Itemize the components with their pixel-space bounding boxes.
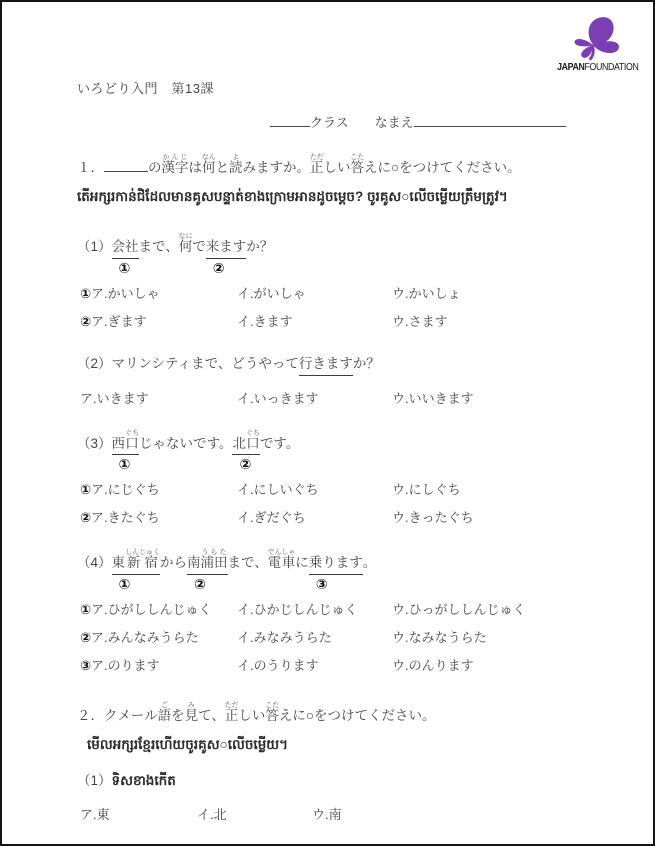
text-segment: ទិសខាងកើត bbox=[112, 773, 176, 788]
text-segment: （4） bbox=[77, 555, 112, 570]
option-number: ② bbox=[80, 510, 91, 526]
ruby-text: 口ぐち bbox=[125, 436, 139, 451]
option-row: ①ア.かいしゃイ.がいしゃウ.かいしょ bbox=[77, 283, 638, 300]
choice-option: イ.ぎだぐち bbox=[237, 507, 306, 526]
choice-option: イ.のうります bbox=[237, 655, 319, 674]
item-sentence: （2）マリンシティまで、どうやって行きますか？ bbox=[77, 353, 638, 376]
item-marker: ① bbox=[119, 457, 131, 471]
text-segment: みますか。 bbox=[243, 160, 311, 175]
text-segment: えに○をつけてください。 bbox=[364, 160, 521, 175]
choice-option: ア.きたぐち bbox=[91, 510, 160, 525]
item-marker: ① bbox=[119, 577, 131, 591]
text-segment: 。 bbox=[363, 555, 377, 570]
wordmark-foundation: FOUNDATION bbox=[585, 62, 639, 73]
item-options: ①ア.かいしゃイ.がいしゃウ.かいしょ②ア.ぎますイ.きますウ.さます bbox=[77, 283, 638, 328]
question1-item-4: （4）東①新宿しんじゅくから南②浦田うらたまで、電車でんしゃに乗ります③。 ①ア… bbox=[77, 549, 638, 672]
text-segment: を bbox=[171, 708, 185, 723]
text-segment: か？ bbox=[246, 239, 273, 254]
worksheet-page: JAPANFOUNDATION いろどり入門 第13課 クラス なまえ １．の漢… bbox=[0, 0, 655, 846]
ruby-text: 見み bbox=[185, 708, 199, 723]
japan-foundation-butterfly-icon bbox=[571, 14, 627, 62]
item-sentence: （1）会社①まで、何なにで来ます②か？ bbox=[77, 233, 638, 259]
underlined-term: 西① bbox=[112, 433, 126, 456]
ruby-text: 電車でんしゃ bbox=[268, 555, 296, 570]
text-segment: の bbox=[148, 160, 162, 175]
text-segment: しい bbox=[324, 160, 351, 175]
choice-option: イ.ひかじしんじゅく bbox=[237, 599, 358, 618]
option-number: ① bbox=[80, 482, 91, 498]
choice-option: ウ.かいしょ bbox=[392, 283, 461, 302]
ruby-text: 正ただ bbox=[225, 708, 239, 723]
text-segment: （1） bbox=[77, 239, 112, 254]
ruby-text: 口ぐち bbox=[246, 436, 260, 451]
choice-option: イ.にしいぐち bbox=[237, 479, 319, 498]
text-segment: か？ bbox=[353, 356, 380, 371]
option-number: ① bbox=[80, 286, 91, 302]
choice-option: ウ.南 bbox=[312, 804, 342, 823]
choice-option: ア.ぎます bbox=[91, 314, 147, 329]
text-segment: ２．クメール bbox=[77, 708, 158, 723]
underlined-term: 新宿しんじゅく bbox=[125, 549, 160, 575]
choice-option: ウ.のんります bbox=[392, 655, 474, 674]
choice-option: イ.いっきます bbox=[237, 388, 319, 407]
section-question1: １．の漢字かんじは何なんと読よみますか。正ただしい答こたえに○をつけてください。… bbox=[77, 154, 638, 672]
question2-item-1: （1）ទិសខាងកើត ア.東イ.北ウ.南 bbox=[77, 770, 638, 821]
choice-option: ア.いきます bbox=[80, 391, 149, 406]
question2-khmer-instruction: មើលអក្សរខ្មែរហើយចូរគូស○លើចម្លើយ។ bbox=[87, 736, 638, 756]
text-segment: １． bbox=[77, 160, 104, 175]
blank-field bbox=[414, 113, 566, 127]
item-marker: ② bbox=[213, 261, 225, 275]
item-options: ア.いきますイ.いっきますウ.いいきます bbox=[77, 388, 638, 405]
question1-heading: １．の漢字かんじは何なんと読よみますか。正ただしい答こたえに○をつけてください。 bbox=[77, 154, 638, 179]
text-segment: です。 bbox=[260, 436, 299, 451]
ruby-text: 答こた bbox=[351, 160, 365, 175]
item-options: ①ア.ひがししんじゅくイ.ひかじしんじゅくウ.ひっがししんじゅく②ア.みんなみう… bbox=[77, 599, 638, 672]
text-segment: まで、 bbox=[139, 239, 179, 254]
question1-item-1: （1）会社①まで、何なにで来ます②か？ ①ア.かいしゃイ.がいしゃウ.かいしょ②… bbox=[77, 233, 638, 328]
underlined-term: 会社① bbox=[112, 236, 139, 259]
choice-option: ウ.なみなうらた bbox=[392, 627, 487, 646]
option-row: ①ア.にじぐちイ.にしいぐちウ.にしぐち bbox=[77, 479, 638, 496]
option-row: ②ア.みんなみうらたイ.みなみうらたウ.なみなうらた bbox=[77, 627, 638, 644]
choice-option: イ.きます bbox=[237, 311, 293, 330]
text-segment: クラス なまえ bbox=[310, 115, 414, 130]
ruby-text: 正ただ bbox=[310, 160, 324, 175]
item-marker: ② bbox=[239, 457, 251, 471]
item-options: ア.東イ.北ウ.南 bbox=[77, 804, 638, 821]
question1-item-3: （3）西①口ぐちじゃないです。北②口ぐちです。 ①ア.にじぐちイ.にしいぐちウ.… bbox=[77, 430, 638, 525]
option-number: ③ bbox=[80, 658, 91, 674]
choice-option: ア.ひがししんじゅく bbox=[91, 602, 212, 617]
underlined-term: 口ぐち bbox=[125, 430, 139, 456]
choice-option: ウ.にしぐち bbox=[392, 479, 461, 498]
underlined-term: 東① bbox=[112, 552, 126, 575]
japan-foundation-wordmark: JAPANFOUNDATION bbox=[558, 62, 639, 73]
text-segment: て、 bbox=[198, 708, 225, 723]
underlined-term: 北② bbox=[232, 433, 246, 456]
underlined-term: 浦田うらた bbox=[201, 549, 228, 575]
class-name-fields: クラス なまえ bbox=[270, 113, 638, 134]
ruby-text: 何なん bbox=[202, 160, 216, 175]
text-segment: （2）マリンシティまで、どうやって bbox=[77, 356, 299, 371]
item-marker: ① bbox=[119, 261, 131, 275]
ruby-text: 答こた bbox=[265, 708, 279, 723]
blank-field bbox=[270, 113, 310, 127]
option-number: ② bbox=[80, 630, 91, 646]
ruby-text: 読よ bbox=[229, 160, 243, 175]
ruby-text: 何なに bbox=[179, 239, 193, 254]
text-segment: で bbox=[192, 239, 206, 254]
choice-option: イ.北 bbox=[197, 804, 227, 823]
underlined-term: 行きます bbox=[299, 353, 353, 376]
question2-heading: ２．クメール語ごを見みて、正ただしい答こたえに○をつけてください。 bbox=[77, 702, 638, 727]
text-segment: と bbox=[216, 160, 230, 175]
choice-option: ウ.いいきます bbox=[392, 388, 474, 407]
ruby-text: 浦田うらた bbox=[201, 555, 228, 570]
question1-khmer-instruction: តើអក្សរកាន់ជិដែលមានគូសបន្ទាត់ខាងក្រោមអាន… bbox=[77, 188, 638, 208]
question1-item-2: （2）マリンシティまで、どうやって行きますか？ ア.いきますイ.いっきますウ.い… bbox=[77, 353, 638, 405]
option-row: ③ア.のりますイ.のうりますウ.のんります bbox=[77, 655, 638, 672]
underlined-term: 来ます② bbox=[206, 236, 247, 259]
option-row: ア.いきますイ.いっきますウ.いいきます bbox=[77, 388, 638, 405]
ruby-text: 漢字かんじ bbox=[162, 160, 189, 175]
text-segment: （1） bbox=[77, 773, 112, 788]
item-marker: ② bbox=[194, 577, 206, 591]
underlined-term: 口ぐち bbox=[246, 430, 260, 456]
text-segment: （3） bbox=[77, 436, 112, 451]
text-segment: から bbox=[160, 555, 187, 570]
option-row: ア.東イ.北ウ.南 bbox=[77, 804, 638, 821]
choice-option: イ.みなみうらた bbox=[237, 627, 332, 646]
section-question2: ２．クメール語ごを見みて、正ただしい答こたえに○をつけてください。 មើលអក្… bbox=[77, 702, 638, 821]
text-segment: えに○をつけてください。 bbox=[279, 708, 436, 723]
choice-option: イ.がいしゃ bbox=[237, 283, 306, 302]
option-number: ② bbox=[80, 314, 91, 330]
choice-option: ア.のります bbox=[91, 658, 160, 673]
wordmark-japan: JAPAN bbox=[558, 62, 585, 73]
choice-option: ウ.さます bbox=[392, 311, 448, 330]
text-segment: は bbox=[189, 160, 203, 175]
japan-foundation-logo: JAPANFOUNDATION bbox=[546, 14, 639, 73]
option-row: ①ア.ひがししんじゅくイ.ひかじしんじゅくウ.ひっがししんじゅく bbox=[77, 599, 638, 616]
text-segment: に bbox=[295, 555, 309, 570]
item-sentence: （4）東①新宿しんじゅくから南②浦田うらたまで、電車でんしゃに乗ります③。 bbox=[77, 549, 638, 575]
item-options: ①ア.にじぐちイ.にしいぐちウ.にしぐち②ア.きたぐちイ.ぎだぐちウ.きったぐち bbox=[77, 479, 638, 524]
option-row: ②ア.ぎますイ.きますウ.さます bbox=[77, 311, 638, 328]
option-number: ① bbox=[80, 602, 91, 618]
underlined-term: 南② bbox=[187, 552, 201, 575]
choice-option: ウ.ひっがししんじゅく bbox=[392, 599, 526, 618]
text-segment: しい bbox=[238, 708, 265, 723]
choice-option: ア.かいしゃ bbox=[91, 286, 160, 301]
underlined-term: 乗ります③ bbox=[309, 552, 363, 575]
item-sentence: （3）西①口ぐちじゃないです。北②口ぐちです。 bbox=[77, 430, 638, 456]
document-content: いろどり入門 第13課 クラス なまえ １．の漢字かんじは何なんと読よみますか。… bbox=[2, 2, 653, 821]
item-sentence: （1）ទិសខាងកើត bbox=[77, 770, 638, 792]
ruby-text: 語ご bbox=[158, 708, 172, 723]
blank-field bbox=[104, 158, 148, 172]
ruby-text: 新宿しんじゅく bbox=[125, 555, 160, 570]
choice-option: ウ.きったぐち bbox=[392, 507, 474, 526]
option-row: ②ア.きたぐちイ.ぎだぐちウ.きったぐち bbox=[77, 507, 638, 524]
text-segment: まで、 bbox=[228, 555, 268, 570]
choice-option: ア.東 bbox=[80, 807, 110, 822]
item-marker: ③ bbox=[316, 577, 328, 591]
choice-option: ア.みんなみうらた bbox=[91, 630, 199, 645]
choice-option: ア.にじぐち bbox=[91, 482, 160, 497]
text-segment: じゃないです。 bbox=[139, 436, 232, 451]
